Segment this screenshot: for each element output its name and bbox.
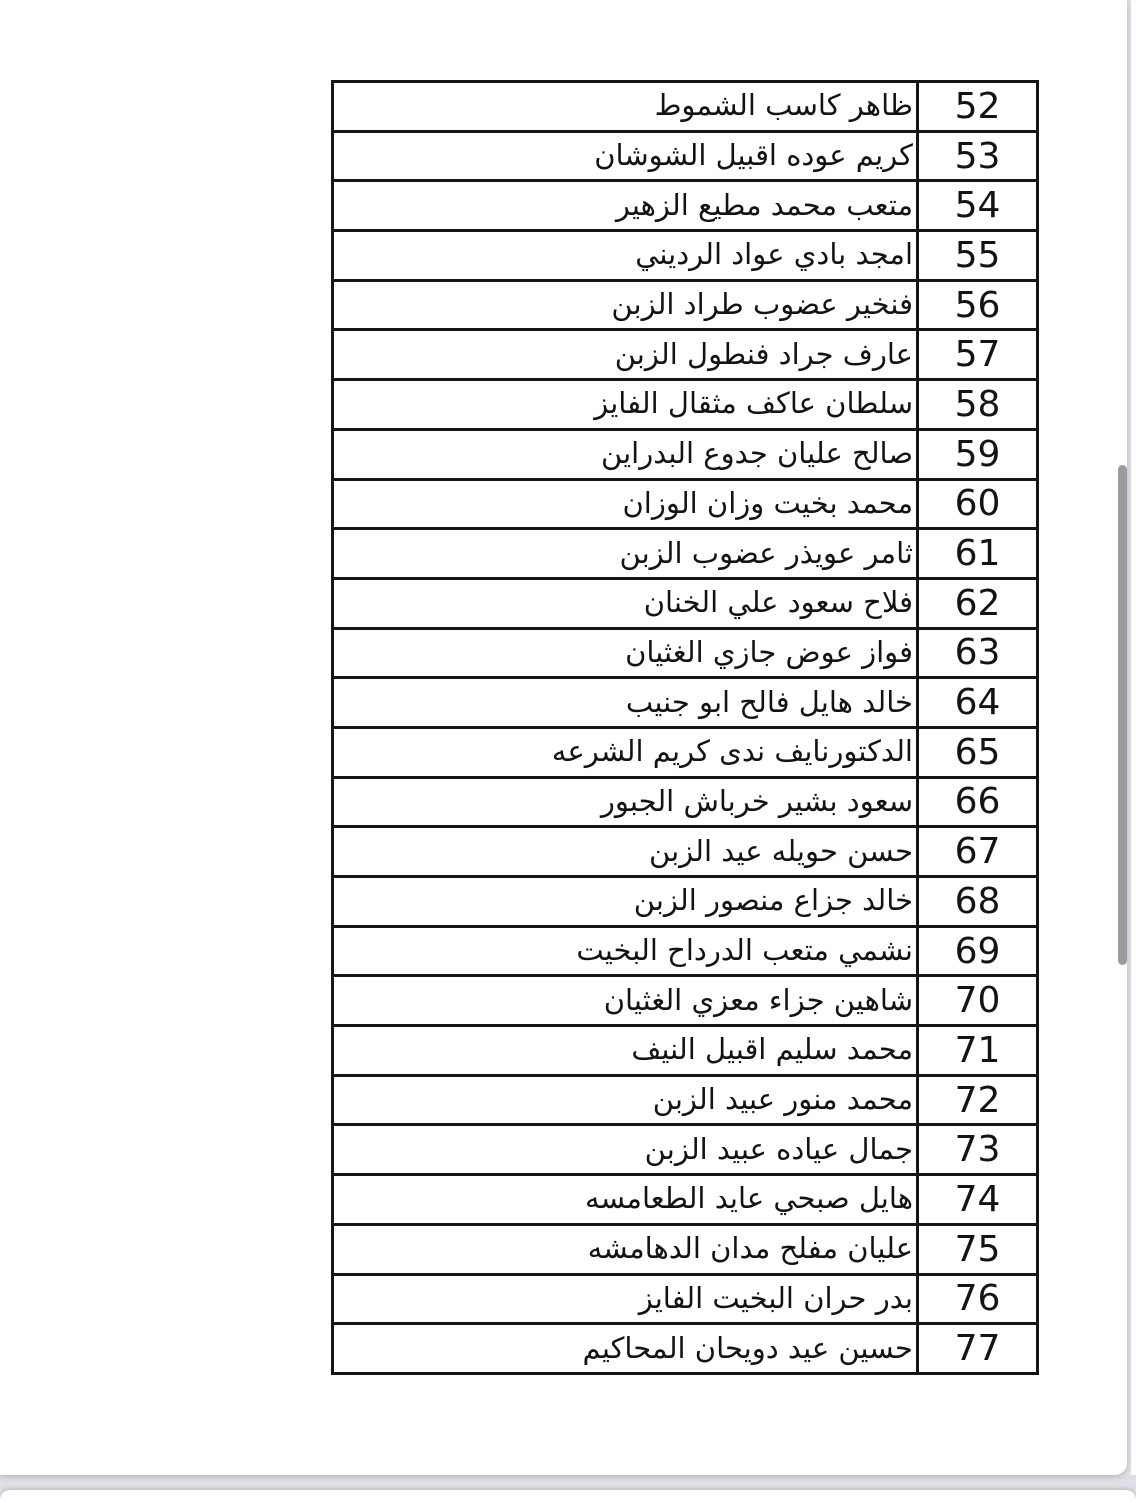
person-name-cell: فنخير عضوب طراد الزبن bbox=[333, 280, 918, 330]
table-row: 62فلاح سعود علي الخنان bbox=[333, 578, 1038, 628]
row-number-cell: 54 bbox=[918, 181, 1038, 231]
person-name-cell: فواز عوض جازي الغثيان bbox=[333, 628, 918, 678]
table-row: 53كريم عوده اقبيل الشوشان bbox=[333, 131, 1038, 181]
scrollbar-thumb[interactable] bbox=[1118, 465, 1127, 965]
row-number-cell: 56 bbox=[918, 280, 1038, 330]
person-name-cell: حسين عيد دويحان المحاكيم bbox=[333, 1324, 918, 1374]
table-row: 60محمد بخيت وزان الوزان bbox=[333, 479, 1038, 529]
row-number-cell: 65 bbox=[918, 727, 1038, 777]
row-number-cell: 58 bbox=[918, 380, 1038, 430]
row-number-cell: 55 bbox=[918, 231, 1038, 281]
table-row: 77حسين عيد دويحان المحاكيم bbox=[333, 1324, 1038, 1374]
person-name-cell: محمد بخيت وزان الوزان bbox=[333, 479, 918, 529]
person-name-cell: الدكتورنايف ندى كريم الشرعه bbox=[333, 727, 918, 777]
person-name-cell: عليان مفلح مدان الدهامشه bbox=[333, 1224, 918, 1274]
person-name-cell: شاهين جزاء معزي الغثيان bbox=[333, 976, 918, 1026]
row-number-cell: 61 bbox=[918, 529, 1038, 579]
person-name-cell: ثامر عويذر عضوب الزبن bbox=[333, 529, 918, 579]
row-number-cell: 72 bbox=[918, 1075, 1038, 1125]
table-row: 76بدر حران البخيت الفايز bbox=[333, 1274, 1038, 1324]
row-number-cell: 57 bbox=[918, 330, 1038, 380]
row-number-cell: 74 bbox=[918, 1175, 1038, 1225]
table-row: 56فنخير عضوب طراد الزبن bbox=[333, 280, 1038, 330]
person-name-cell: عارف جراد فنطول الزبن bbox=[333, 330, 918, 380]
next-page-top-edge bbox=[0, 1490, 1136, 1503]
row-number-cell: 69 bbox=[918, 926, 1038, 976]
table-row: 55امجد بادي عواد الرديني bbox=[333, 231, 1038, 281]
table-row: 67حسن حويله عيد الزبن bbox=[333, 827, 1038, 877]
table-row: 70شاهين جزاء معزي الغثيان bbox=[333, 976, 1038, 1026]
row-number-cell: 63 bbox=[918, 628, 1038, 678]
person-name-cell: ظاهر كاسب الشموط bbox=[333, 82, 918, 132]
table-row: 58سلطان عاكف مثقال الفايز bbox=[333, 380, 1038, 430]
person-name-cell: بدر حران البخيت الفايز bbox=[333, 1274, 918, 1324]
row-number-cell: 62 bbox=[918, 578, 1038, 628]
row-number-cell: 53 bbox=[918, 131, 1038, 181]
person-name-cell: كريم عوده اقبيل الشوشان bbox=[333, 131, 918, 181]
row-number-cell: 59 bbox=[918, 429, 1038, 479]
person-name-cell: خالد جزاع منصور الزبن bbox=[333, 877, 918, 927]
row-number-cell: 73 bbox=[918, 1125, 1038, 1175]
person-name-cell: محمد سليم اقبيل النيف bbox=[333, 1026, 918, 1076]
table-row: 64خالد هايل فالح ابو جنيب bbox=[333, 678, 1038, 728]
row-number-cell: 77 bbox=[918, 1324, 1038, 1374]
row-number-cell: 71 bbox=[918, 1026, 1038, 1076]
person-name-cell: حسن حويله عيد الزبن bbox=[333, 827, 918, 877]
table-row: 71محمد سليم اقبيل النيف bbox=[333, 1026, 1038, 1076]
person-name-cell: هايل صبحي عايد الطعامسه bbox=[333, 1175, 918, 1225]
table-row: 59صالح عليان جدوع البدراين bbox=[333, 429, 1038, 479]
table-row: 61ثامر عويذر عضوب الزبن bbox=[333, 529, 1038, 579]
row-number-cell: 75 bbox=[918, 1224, 1038, 1274]
person-name-cell: فلاح سعود علي الخنان bbox=[333, 578, 918, 628]
person-name-cell: سلطان عاكف مثقال الفايز bbox=[333, 380, 918, 430]
row-number-cell: 52 bbox=[918, 82, 1038, 132]
names-table-body: 52ظاهر كاسب الشموط53كريم عوده اقبيل الشو… bbox=[333, 82, 1038, 1374]
row-number-cell: 64 bbox=[918, 678, 1038, 728]
table-row: 52ظاهر كاسب الشموط bbox=[333, 82, 1038, 132]
table-row: 57عارف جراد فنطول الزبن bbox=[333, 330, 1038, 380]
table-row: 66سعود بشير خرباش الجبور bbox=[333, 777, 1038, 827]
table-row: 75عليان مفلح مدان الدهامشه bbox=[333, 1224, 1038, 1274]
person-name-cell: جمال عياده عبيد الزبن bbox=[333, 1125, 918, 1175]
row-number-cell: 60 bbox=[918, 479, 1038, 529]
person-name-cell: سعود بشير خرباش الجبور bbox=[333, 777, 918, 827]
names-table: 52ظاهر كاسب الشموط53كريم عوده اقبيل الشو… bbox=[331, 80, 1039, 1375]
adjacent-page-edge bbox=[1131, 0, 1136, 1475]
person-name-cell: صالح عليان جدوع البدراين bbox=[333, 429, 918, 479]
person-name-cell: خالد هايل فالح ابو جنيب bbox=[333, 678, 918, 728]
table-row: 69نشمي متعب الدرداح البخيت bbox=[333, 926, 1038, 976]
row-number-cell: 67 bbox=[918, 827, 1038, 877]
table-row: 74هايل صبحي عايد الطعامسه bbox=[333, 1175, 1038, 1225]
row-number-cell: 70 bbox=[918, 976, 1038, 1026]
table-row: 72محمد منور عبيد الزبن bbox=[333, 1075, 1038, 1125]
row-number-cell: 68 bbox=[918, 877, 1038, 927]
table-row: 54متعب محمد مطيع الزهير bbox=[333, 181, 1038, 231]
person-name-cell: محمد منور عبيد الزبن bbox=[333, 1075, 918, 1125]
person-name-cell: نشمي متعب الدرداح البخيت bbox=[333, 926, 918, 976]
row-number-cell: 66 bbox=[918, 777, 1038, 827]
row-number-cell: 76 bbox=[918, 1274, 1038, 1324]
person-name-cell: متعب محمد مطيع الزهير bbox=[333, 181, 918, 231]
table-row: 68خالد جزاع منصور الزبن bbox=[333, 877, 1038, 927]
table-row: 73جمال عياده عبيد الزبن bbox=[333, 1125, 1038, 1175]
table-row: 65الدكتورنايف ندى كريم الشرعه bbox=[333, 727, 1038, 777]
table-row: 63فواز عوض جازي الغثيان bbox=[333, 628, 1038, 678]
person-name-cell: امجد بادي عواد الرديني bbox=[333, 231, 918, 281]
